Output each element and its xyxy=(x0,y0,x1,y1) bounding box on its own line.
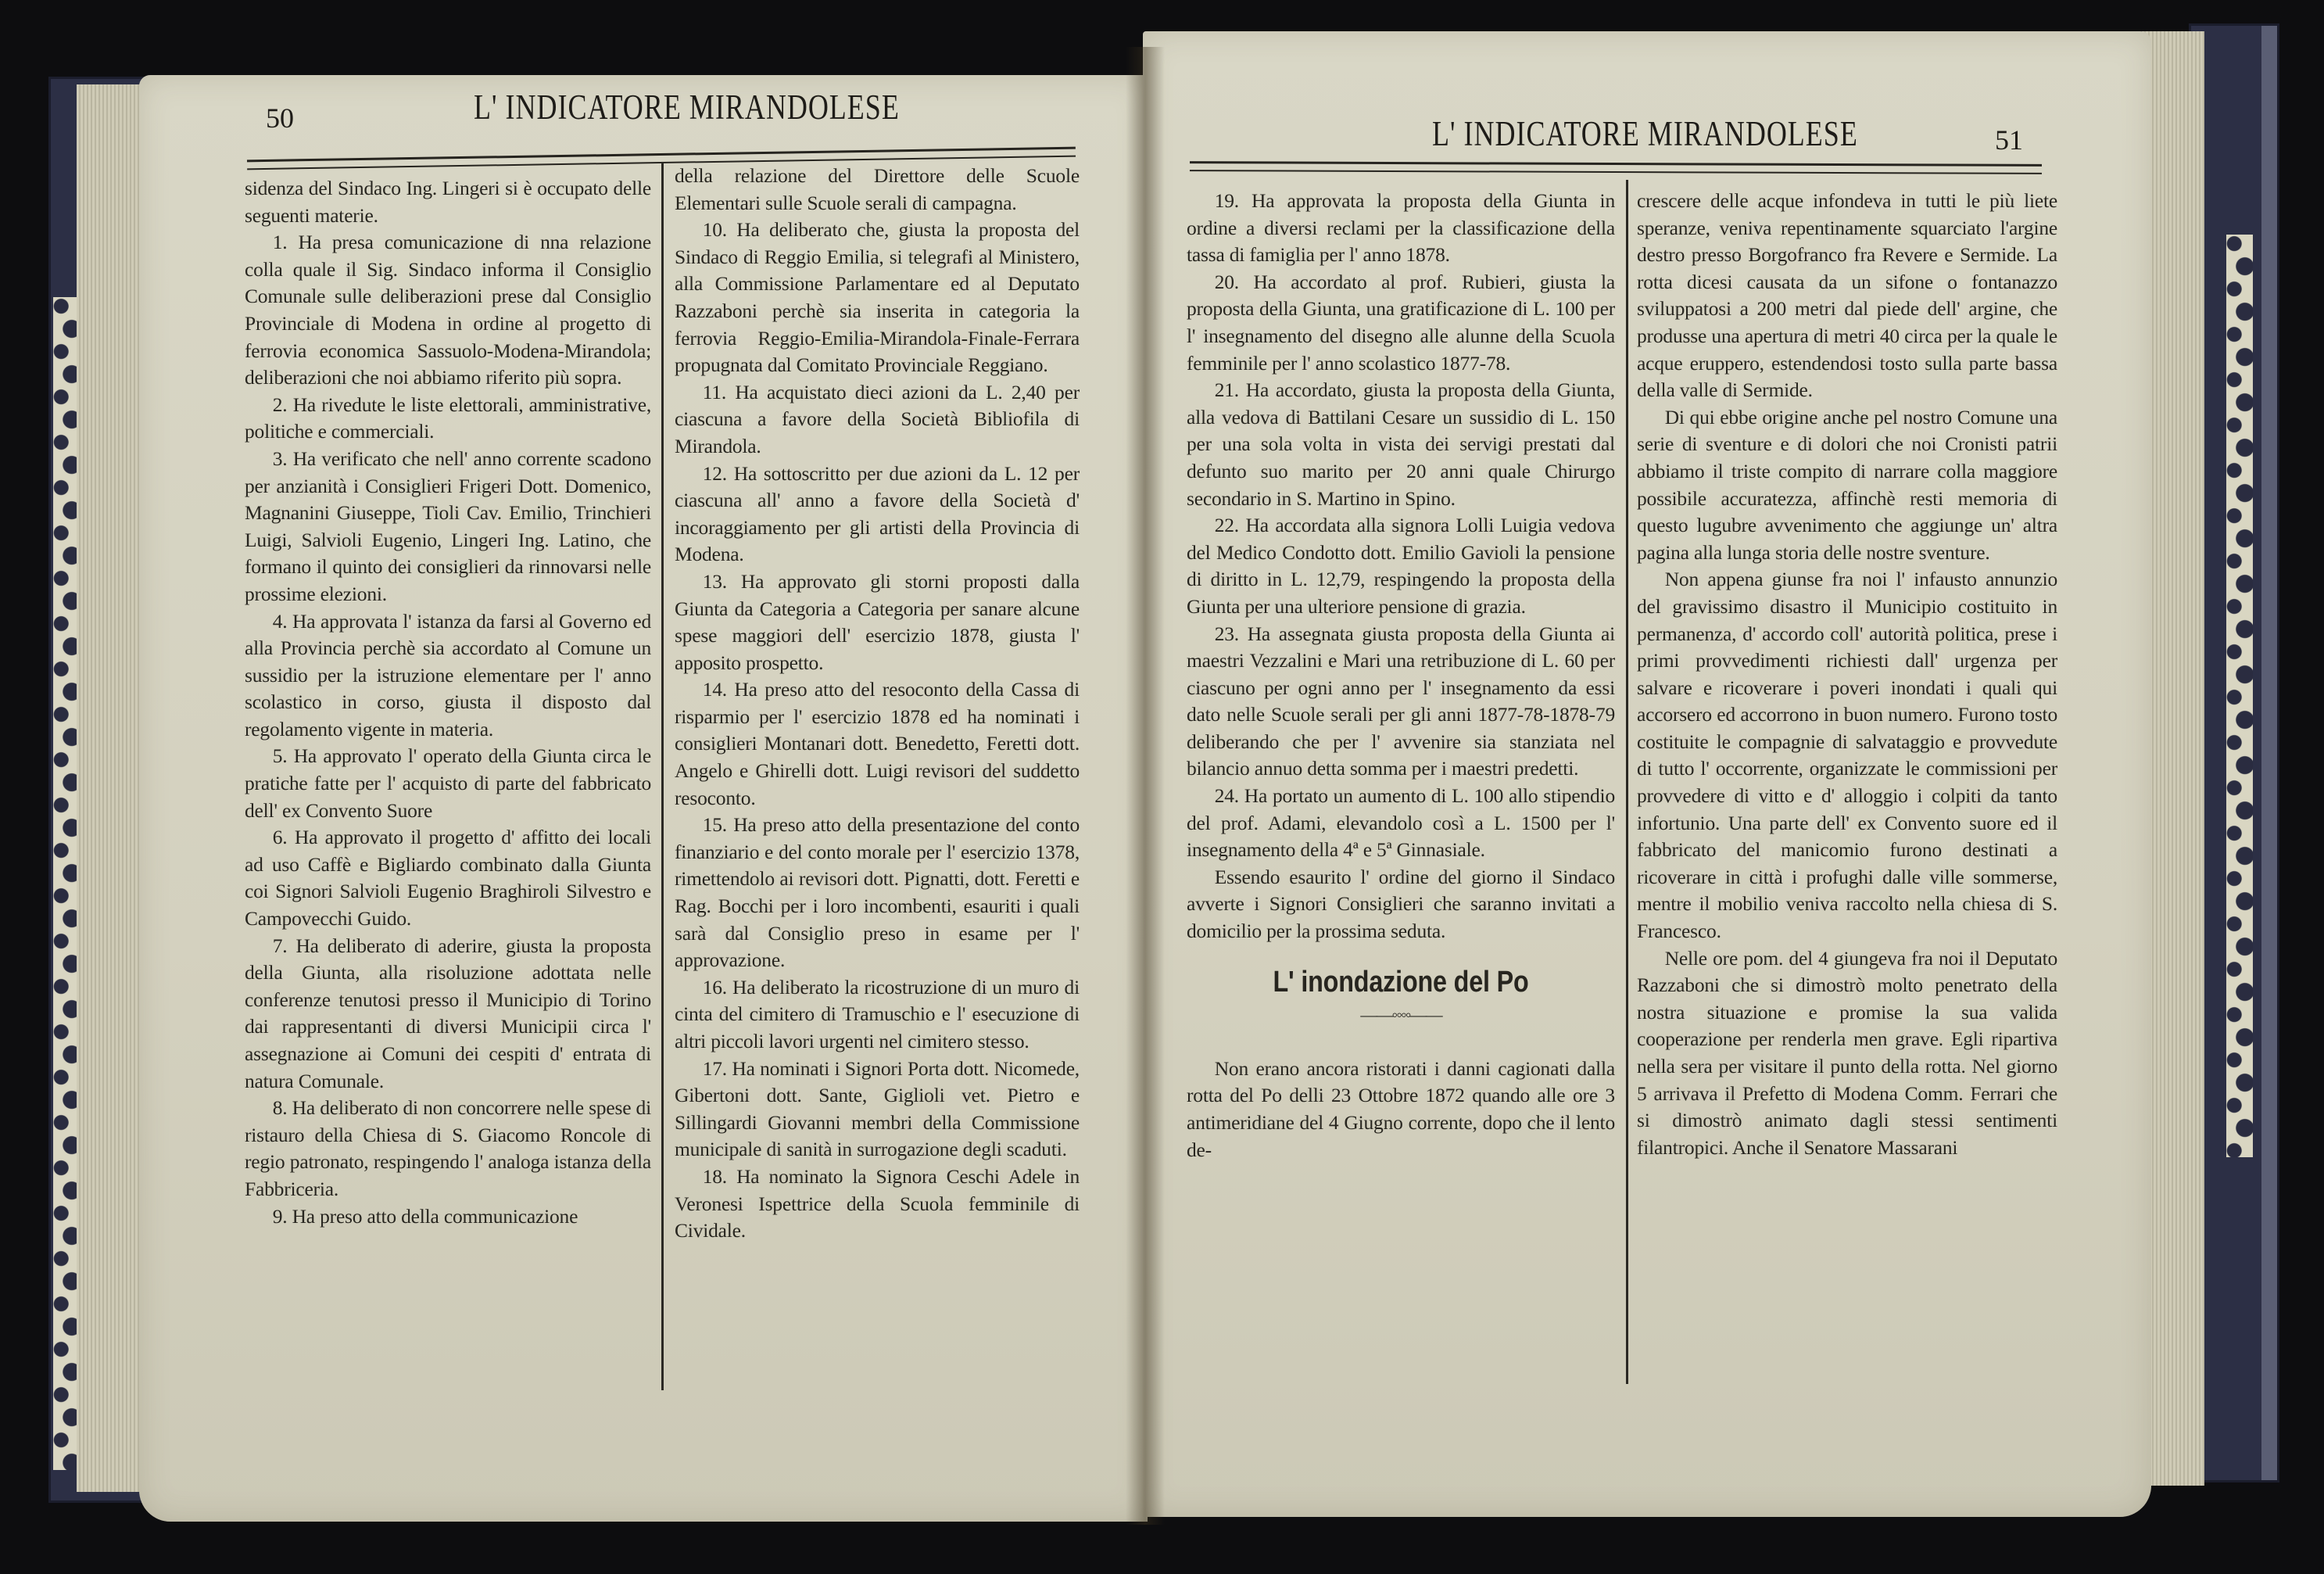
paragraph: 7. Ha deliberato di aderire, giusta la p… xyxy=(245,933,651,1095)
paragraph: 20. Ha accordato al prof. Rubieri, giust… xyxy=(1187,269,1615,377)
paragraph: Non appena giunse fra noi l' infausto an… xyxy=(1637,566,2057,945)
paragraph: 24. Ha portato un aumento di L. 100 allo… xyxy=(1187,783,1615,864)
paragraph: 12. Ha sottoscritto per due azioni da L.… xyxy=(675,461,1080,568)
paragraph: Di qui ebbe origine anche pel nostro Com… xyxy=(1637,404,2057,567)
marbled-endpaper-left xyxy=(53,297,80,1470)
paragraph: della relazione del Direttore delle Scuo… xyxy=(675,163,1080,217)
paragraph: 4. Ha approvata l' istanza da farsi al G… xyxy=(245,608,651,744)
right-column-1: 19. Ha approvata la proposta della Giunt… xyxy=(1187,188,1615,1163)
paragraph: Essendo esaurito l' ordine del giorno il… xyxy=(1187,864,1615,945)
paragraph: 9. Ha preso atto della communicazione xyxy=(245,1203,651,1231)
paragraph: 19. Ha approvata la proposta della Giunt… xyxy=(1187,188,1615,269)
paragraph: 23. Ha assegnata giusta proposta della G… xyxy=(1187,621,1615,783)
paragraph: 11. Ha acquistato dieci azioni da L. 2,4… xyxy=(675,379,1080,461)
paragraph: 5. Ha approvato l' operato della Giunta … xyxy=(245,743,651,824)
paragraph: 8. Ha deliberato di non concorrere nelle… xyxy=(245,1095,651,1203)
book-gutter xyxy=(1126,47,1165,1525)
paragraph: 22. Ha accordata alla signora Lolli Luig… xyxy=(1187,512,1615,620)
paragraph: 10. Ha deliberato che, giusta la propost… xyxy=(675,217,1080,379)
paragraph: 6. Ha approvato il progetto d' affitto d… xyxy=(245,824,651,932)
right-page: L' INDICATORE MIRANDOLESE 51 19. Ha appr… xyxy=(1143,31,2151,1517)
header-rule xyxy=(1190,161,2042,174)
column-divider xyxy=(661,163,664,1390)
paragraph: 13. Ha approvato gli storni proposti dal… xyxy=(675,568,1080,676)
paragraph: 3. Ha verificato che nell' anno corrente… xyxy=(245,446,651,608)
paragraph: crescere delle acque infondeva in tutti … xyxy=(1637,188,2057,404)
paragraph: sidenza del Sindaco Ing. Lingeri si è oc… xyxy=(245,175,651,229)
paragraph: 1. Ha presa comunicazione di nna relazio… xyxy=(245,229,651,392)
section-title: L' inondazione del Po xyxy=(1219,969,1583,996)
marbled-endpaper-right xyxy=(2226,235,2253,1157)
right-column-2: crescere delle acque infondeva in tutti … xyxy=(1637,188,2057,1161)
paragraph: 18. Ha nominato la Signora Ceschi Adele … xyxy=(675,1163,1080,1245)
left-column-2: della relazione del Direttore delle Scuo… xyxy=(675,163,1080,1245)
paragraph: Nelle ore pom. del 4 giungeva fra noi il… xyxy=(1637,945,2057,1162)
left-page: 50 L' INDICATORE MIRANDOLESE sidenza del… xyxy=(139,75,1148,1522)
page-number: 50 xyxy=(266,102,294,134)
page-number: 51 xyxy=(1995,124,2023,156)
paragraph: 15. Ha preso atto della presentazione de… xyxy=(675,812,1080,974)
paragraph: 16. Ha deliberato la ricostruzione di un… xyxy=(675,974,1080,1056)
paragraph: 2. Ha rivedute le liste elettorali, ammi… xyxy=(245,392,651,446)
journal-title: L' INDICATORE MIRANDOLESE xyxy=(1432,113,1858,155)
left-column-1: sidenza del Sindaco Ing. Lingeri si è oc… xyxy=(245,175,651,1230)
paragraph: Non erano ancora ristorati i danni cagio… xyxy=(1187,1056,1615,1163)
paragraph: 14. Ha preso atto del resoconto della Ca… xyxy=(675,676,1080,812)
page-stack-left xyxy=(77,84,147,1492)
journal-title: L' INDICATORE MIRANDOLESE xyxy=(474,87,900,128)
cover-edge xyxy=(2261,26,2277,1480)
paragraph: 17. Ha nominati i Signori Porta dott. Ni… xyxy=(675,1056,1080,1163)
column-divider xyxy=(1626,180,1628,1384)
page-stack-right xyxy=(2142,31,2204,1486)
ornament-divider-icon: ——◦◦◦◦—— xyxy=(1187,1002,1615,1029)
paragraph: 21. Ha accordato, giusta la proposta del… xyxy=(1187,377,1615,512)
